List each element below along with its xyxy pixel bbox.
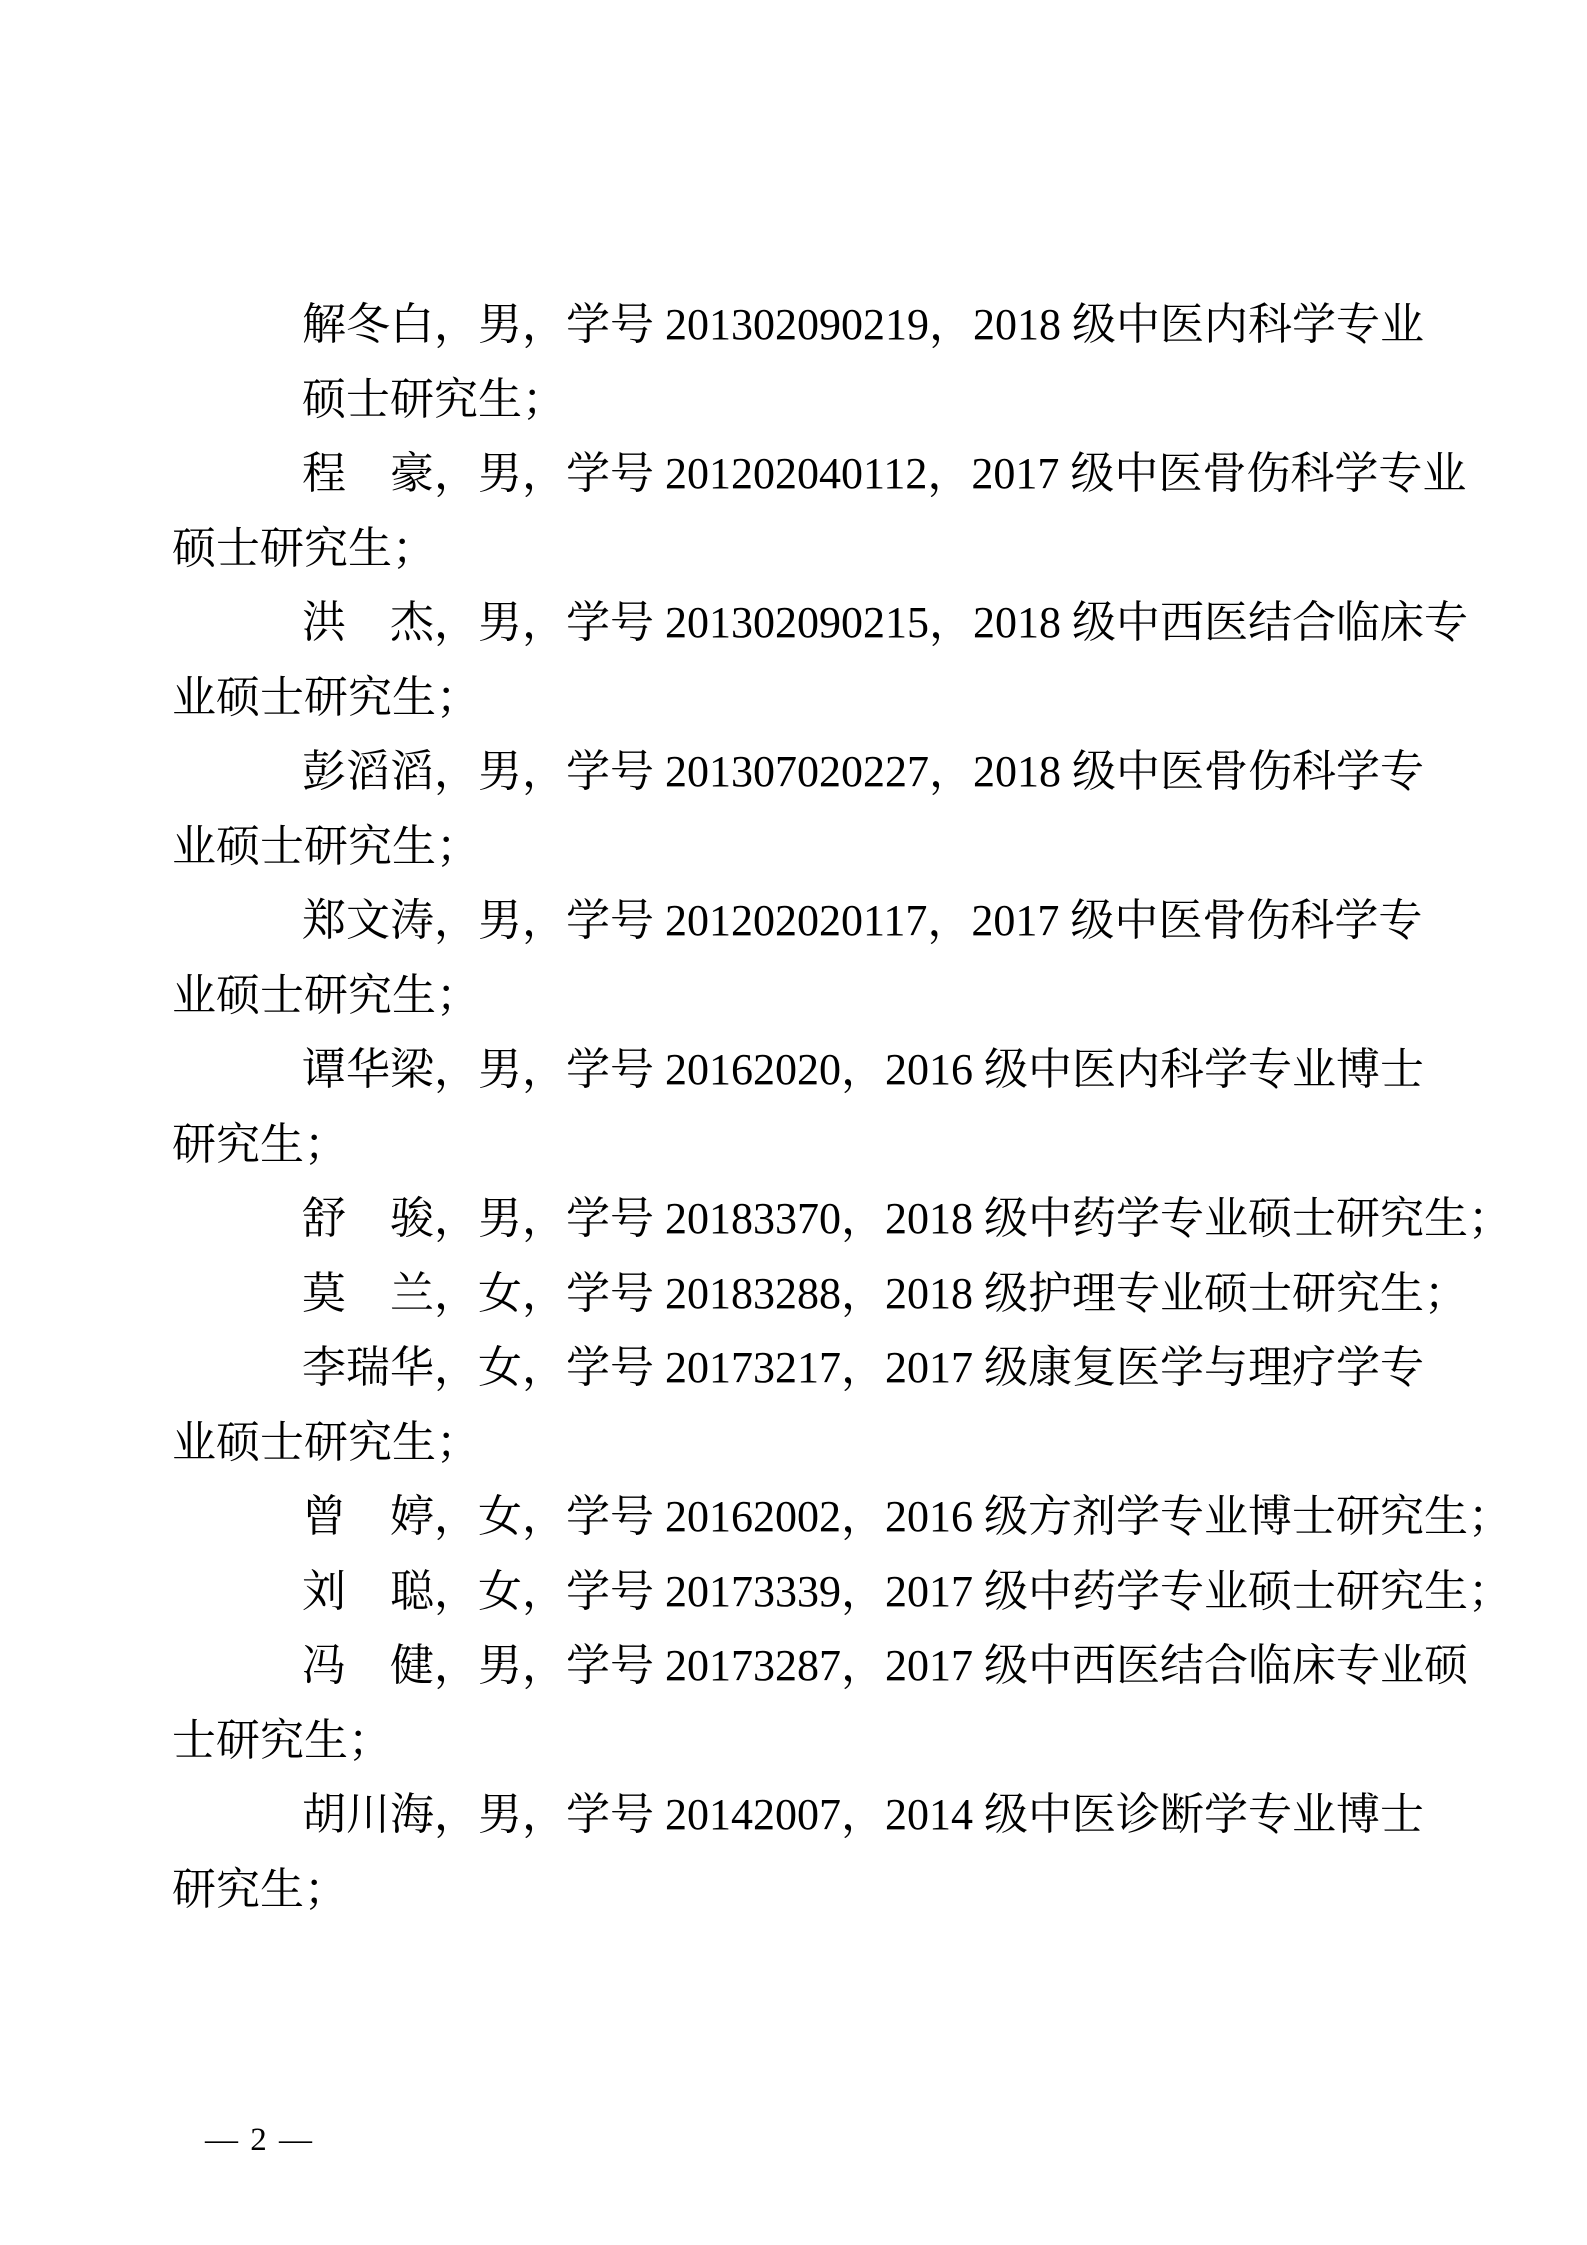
- document-line: 曾 婷，女，学号 20162002，2016 级方剂学专业博士研究生；: [172, 1480, 1452, 1555]
- document-line: 士研究生；: [172, 1704, 1452, 1779]
- document-line: 谭华梁，男，学号 20162020，2016 级中医内科学专业博士: [172, 1033, 1452, 1108]
- document-line: 硕士研究生；: [172, 363, 1452, 438]
- document-page: 解冬白，男，学号 201302090219，2018 级中医内科学专业 硕士研究…: [0, 0, 1587, 2245]
- document-line: 业硕士研究生；: [172, 1406, 1452, 1481]
- student-list: 解冬白，男，学号 201302090219，2018 级中医内科学专业 硕士研究…: [172, 288, 1452, 1927]
- document-line: 硕士研究生；: [172, 512, 1452, 587]
- document-line: 胡川海，男，学号 20142007，2014 级中医诊断学专业博士: [172, 1778, 1452, 1853]
- document-line: 舒 骏，男，学号 20183370，2018 级中药学专业硕士研究生；: [172, 1182, 1452, 1257]
- document-line: 解冬白，男，学号 201302090219，2018 级中医内科学专业: [172, 288, 1452, 363]
- document-line: 业硕士研究生；: [172, 810, 1452, 885]
- document-line: 洪 杰，男，学号 201302090215，2018 级中西医结合临床专: [172, 586, 1452, 661]
- document-line: 郑文涛，男，学号 201202020117，2017 级中医骨伤科学专: [172, 884, 1452, 959]
- document-line: 程 豪，男，学号 201202040112，2017 级中医骨伤科学专业: [172, 437, 1452, 512]
- page-number: — 2 —: [205, 2120, 314, 2160]
- document-line: 刘 聪，女，学号 20173339，2017 级中药学专业硕士研究生；: [172, 1555, 1452, 1630]
- document-line: 莫 兰，女，学号 20183288，2018 级护理专业硕士研究生；: [172, 1257, 1452, 1332]
- document-line: 李瑞华，女，学号 20173217，2017 级康复医学与理疗学专: [172, 1331, 1452, 1406]
- document-line: 研究生；: [172, 1108, 1452, 1183]
- document-line: 彭滔滔，男，学号 201307020227，2018 级中医骨伤科学专: [172, 735, 1452, 810]
- document-line: 业硕士研究生；: [172, 661, 1452, 736]
- document-line: 冯 健，男，学号 20173287，2017 级中西医结合临床专业硕: [172, 1629, 1452, 1704]
- document-line: 研究生；: [172, 1853, 1452, 1928]
- document-line: 业硕士研究生；: [172, 959, 1452, 1034]
